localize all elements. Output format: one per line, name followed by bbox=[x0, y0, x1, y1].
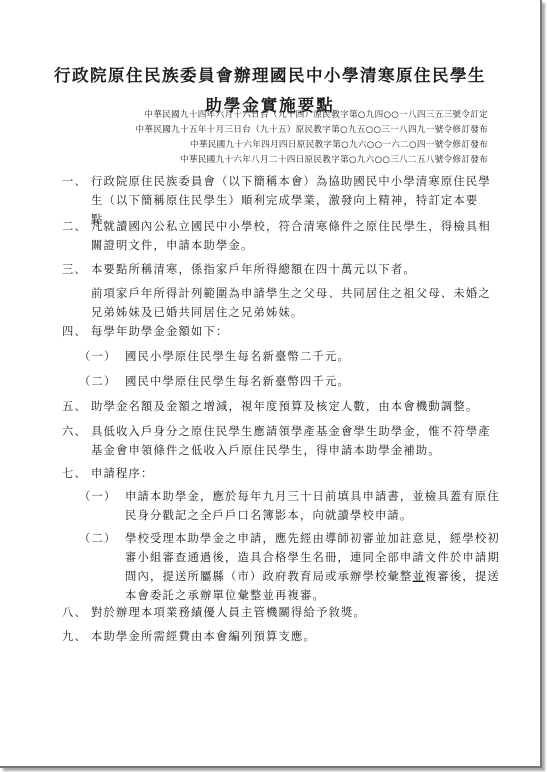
section-number: 四、 bbox=[62, 322, 87, 341]
section-3-paragraph: 前項家戶年所得計列範圍為申請學生之父母、共同居住之祖父母、未婚之兄弟姊妹及已婚共… bbox=[91, 284, 501, 322]
section-number: 九、 bbox=[62, 627, 87, 646]
section-6: 六、 具低收入戶身分之原住民學生應請領學產基金會學生助學金，惟不符學產基金會申領… bbox=[62, 422, 502, 460]
section-text: 本要點所稱清寒，係指家戶年所得總額在四十萬元以下者。 bbox=[91, 260, 502, 279]
item-number: （二） bbox=[79, 529, 117, 548]
section-text: 對於辦理本項業務績優人員主管機關得給予敘獎。 bbox=[91, 603, 502, 622]
section-text: 每學年助學金金額如下： bbox=[91, 322, 502, 341]
item-text: 學校受理本助學金之申請，應先經由導師初審並加註意見，經學校初審小組審查通過後，造… bbox=[125, 529, 504, 605]
item-text: 國民中學原住民學生每名新臺幣四千元。 bbox=[125, 372, 504, 391]
item-number: （一） bbox=[79, 347, 117, 366]
section-number: 七、 bbox=[62, 464, 87, 483]
section-2: 二、 凡就讀國內公私立國民中小學校，符合清寒條件之原住民學生，得檢具相關證明文件… bbox=[62, 217, 502, 255]
section-4-item-1: （一） 國民小學原住民學生每名新臺幣二千元。 bbox=[79, 347, 504, 366]
section-text: 本助學金所需經費由本會編列預算支應。 bbox=[91, 627, 502, 646]
section-text: 助學金名額及金額之增減，視年度預算及核定人數，由本會機動調整。 bbox=[91, 397, 502, 416]
section-text: 凡就讀國內公私立國民中小學校，符合清寒條件之原住民學生，得檢具相關證明文件，申請… bbox=[91, 217, 502, 255]
section-text: 申請程序： bbox=[91, 464, 502, 483]
item-number: （一） bbox=[79, 487, 117, 506]
section-7-item-1: （一） 申請本助學金，應於每年九月三十日前填具申請書，並檢具蓋有原住民身分戳記之… bbox=[79, 487, 504, 525]
section-text: 具低收入戶身分之原住民學生應請領學產基金會學生助學金，惟不符學產基金會申領條件之… bbox=[91, 422, 502, 460]
section-5: 五、 助學金名額及金額之增減，視年度預算及核定人數，由本會機動調整。 bbox=[62, 397, 502, 416]
section-4-item-2: （二） 國民中學原住民學生每名新臺幣四千元。 bbox=[79, 372, 504, 391]
section-number: 六、 bbox=[62, 422, 87, 441]
section-9: 九、 本助學金所需經費由本會編列預算支應。 bbox=[62, 627, 502, 646]
section-7: 七、 申請程序： bbox=[62, 464, 502, 483]
item-text: 國民小學原住民學生每名新臺幣二千元。 bbox=[125, 347, 504, 366]
section-number: 五、 bbox=[62, 397, 87, 416]
section-3: 三、 本要點所稱清寒，係指家戶年所得總額在四十萬元以下者。 bbox=[62, 260, 502, 279]
document-page: 行政院原住民族委員會辦理國民中小學清寒原住民學生 助學金實施要點 中華民國九十四… bbox=[0, 0, 542, 768]
history-line-2: 中華民國九十五年十月三日台（九十五）原民教字第○九五○○三一八四九一號令修訂發布 bbox=[136, 123, 488, 135]
section-number: 八、 bbox=[62, 603, 87, 622]
section-8: 八、 對於辦理本項業務績優人員主管機關得給予敘獎。 bbox=[62, 603, 502, 622]
section-4: 四、 每學年助學金金額如下： bbox=[62, 322, 502, 341]
item-text-underlined: 並 bbox=[412, 570, 425, 583]
section-number: 二、 bbox=[62, 217, 87, 236]
section-7-item-2: （二） 學校受理本助學金之申請，應先經由導師初審並加註意見，經學校初審小組審查通… bbox=[79, 529, 504, 605]
history-line-4: 中華民國九十六年八月二十四日原民教字第○九六○○三八二五八號令修訂發布 bbox=[180, 153, 488, 165]
section-number: 三、 bbox=[62, 260, 87, 279]
section-number: 一、 bbox=[62, 172, 87, 191]
history-line-3: 中華民國九十六年四月四日原民教字第○九六○○一六二○四一號令修訂發布 bbox=[190, 138, 488, 150]
item-text: 申請本助學金，應於每年九月三十日前填具申請書，並檢具蓋有原住民身分戳記之全戶戶口… bbox=[125, 487, 504, 525]
document-title-line1: 行政院原住民族委員會辦理國民中小學清寒原住民學生 bbox=[0, 62, 540, 86]
item-number: （二） bbox=[79, 372, 117, 391]
history-line-1: 中華民國九十四年六月十六日台（九十四）原民教字第○九四○○一八四三五三號令訂定 bbox=[144, 108, 488, 120]
